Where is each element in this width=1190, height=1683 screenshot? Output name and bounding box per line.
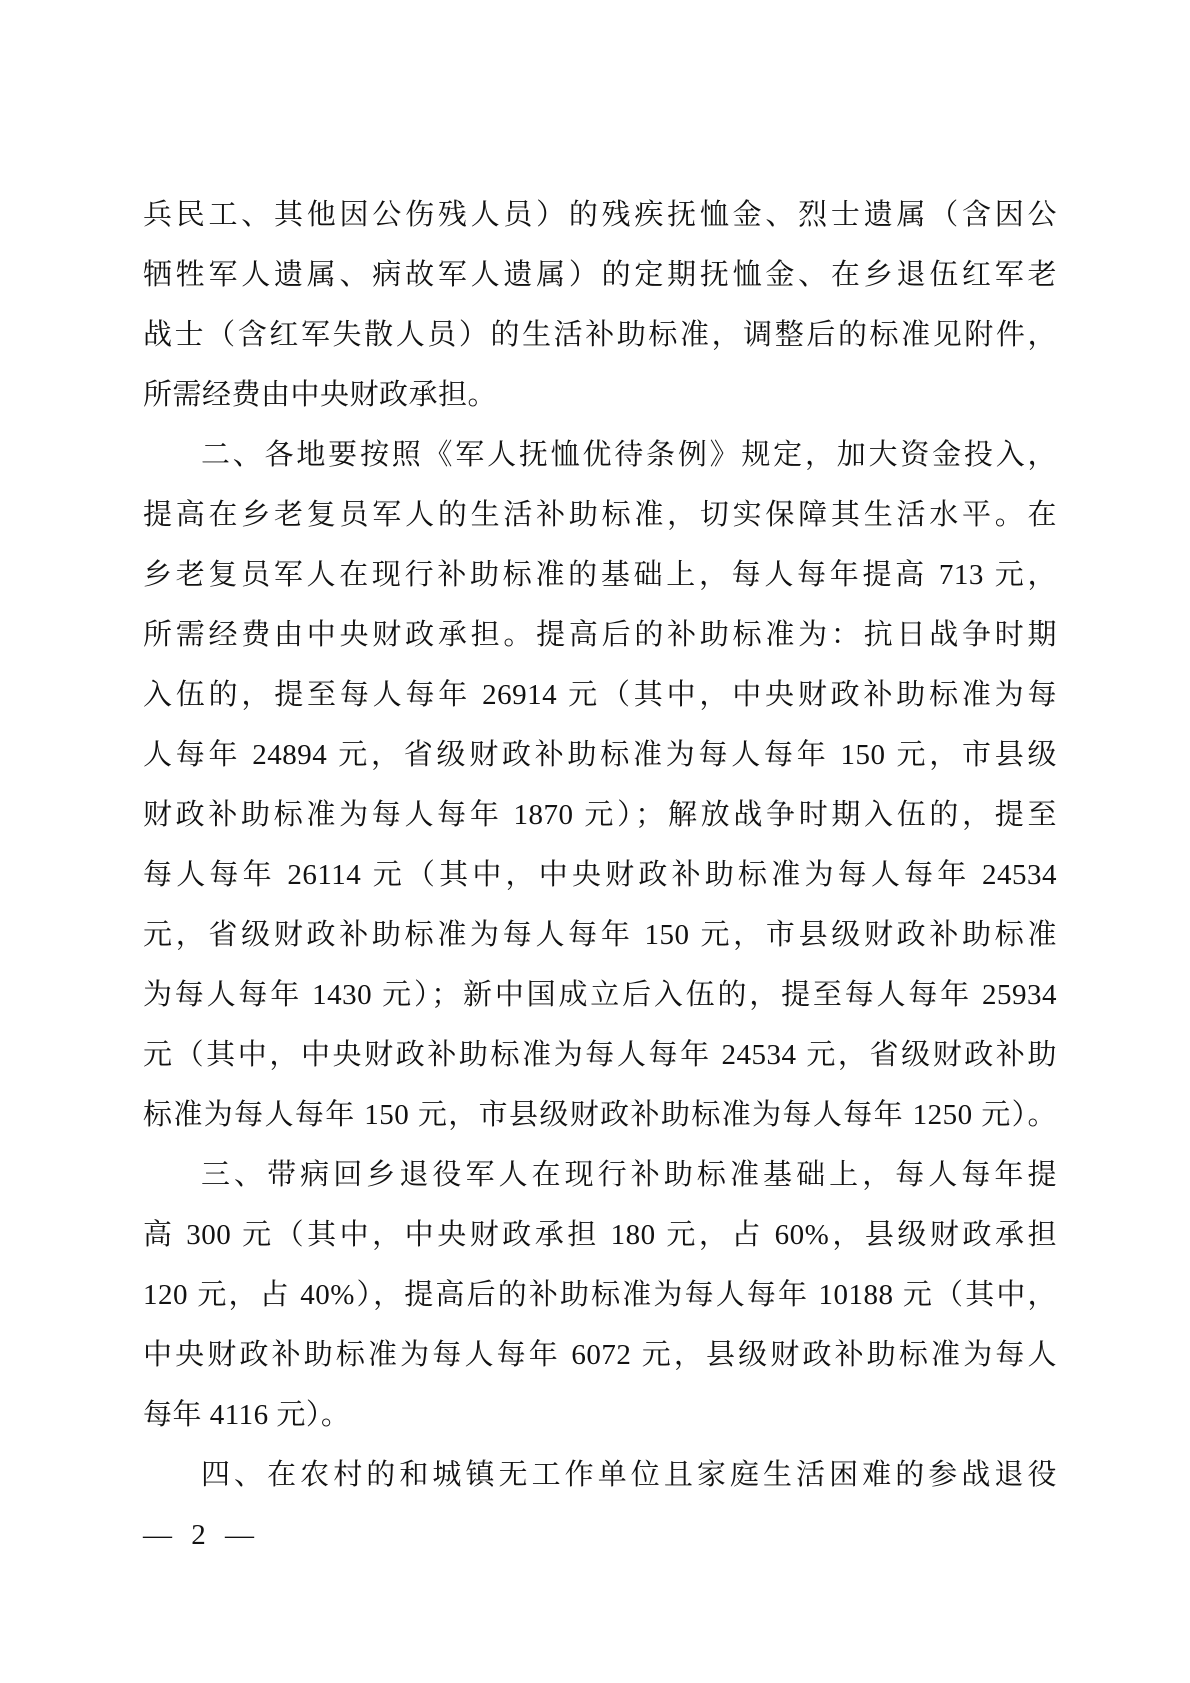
text-line: 财政补助标准为每人每年 1870 元）；解放战争时期入伍的，提至 — [143, 785, 1057, 845]
text-line: 三、带病回乡退役军人在现行补助标准基础上，每人每年提 — [143, 1145, 1057, 1205]
text-line: 二、各地要按照《军人抚恤优待条例》规定，加大资金投入， — [143, 425, 1057, 485]
text-line: 四、在农村的和城镇无工作单位且家庭生活困难的参战退役 — [143, 1445, 1057, 1505]
text-line: 每人每年 26114 元（其中，中央财政补助标准为每人每年 24534 — [143, 845, 1057, 905]
text-line: 所需经费由中央财政承担。 — [143, 365, 1057, 425]
text-line: 中央财政补助标准为每人每年 6072 元，县级财政补助标准为每人 — [143, 1325, 1057, 1385]
text-line: 标准为每人每年 150 元，市县级财政补助标准为每人每年 1250 元）。 — [143, 1085, 1057, 1145]
text-line: 元（其中，中央财政补助标准为每人每年 24534 元，省级财政补助 — [143, 1025, 1057, 1085]
text-line: 乡老复员军人在现行补助标准的基础上，每人每年提高 713 元， — [143, 545, 1057, 605]
text-line: 兵民工、其他因公伤残人员）的残疾抚恤金、烈士遗属（含因公 — [143, 185, 1057, 245]
text-line: 战士（含红军失散人员）的生活补助标准，调整后的标准见附件， — [143, 305, 1057, 365]
text-line: 所需经费由中央财政承担。提高后的补助标准为：抗日战争时期 — [143, 605, 1057, 665]
document-body: 兵民工、其他因公伤残人员）的残疾抚恤金、烈士遗属（含因公牺牲军人遗属、病故军人遗… — [143, 185, 1057, 1505]
text-line: 人每年 24894 元，省级财政补助标准为每人每年 150 元，市县级 — [143, 725, 1057, 785]
page-number: — 2 — — [143, 1505, 260, 1565]
text-line: 提高在乡老复员军人的生活补助标准，切实保障其生活水平。在 — [143, 485, 1057, 545]
text-line: 为每人每年 1430 元）；新中国成立后入伍的，提至每人每年 25934 — [143, 965, 1057, 1025]
text-line: 牺牲军人遗属、病故军人遗属）的定期抚恤金、在乡退伍红军老 — [143, 245, 1057, 305]
text-line: 120 元，占 40%），提高后的补助标准为每人每年 10188 元（其中， — [143, 1265, 1057, 1325]
text-line: 每年 4116 元）。 — [143, 1385, 1057, 1445]
document-page: 兵民工、其他因公伤残人员）的残疾抚恤金、烈士遗属（含因公牺牲军人遗属、病故军人遗… — [0, 0, 1190, 1683]
text-line: 元，省级财政补助标准为每人每年 150 元，市县级财政补助标准 — [143, 905, 1057, 965]
text-line: 高 300 元（其中，中央财政承担 180 元，占 60%，县级财政承担 — [143, 1205, 1057, 1265]
text-line: 入伍的，提至每人每年 26914 元（其中，中央财政补助标准为每 — [143, 665, 1057, 725]
